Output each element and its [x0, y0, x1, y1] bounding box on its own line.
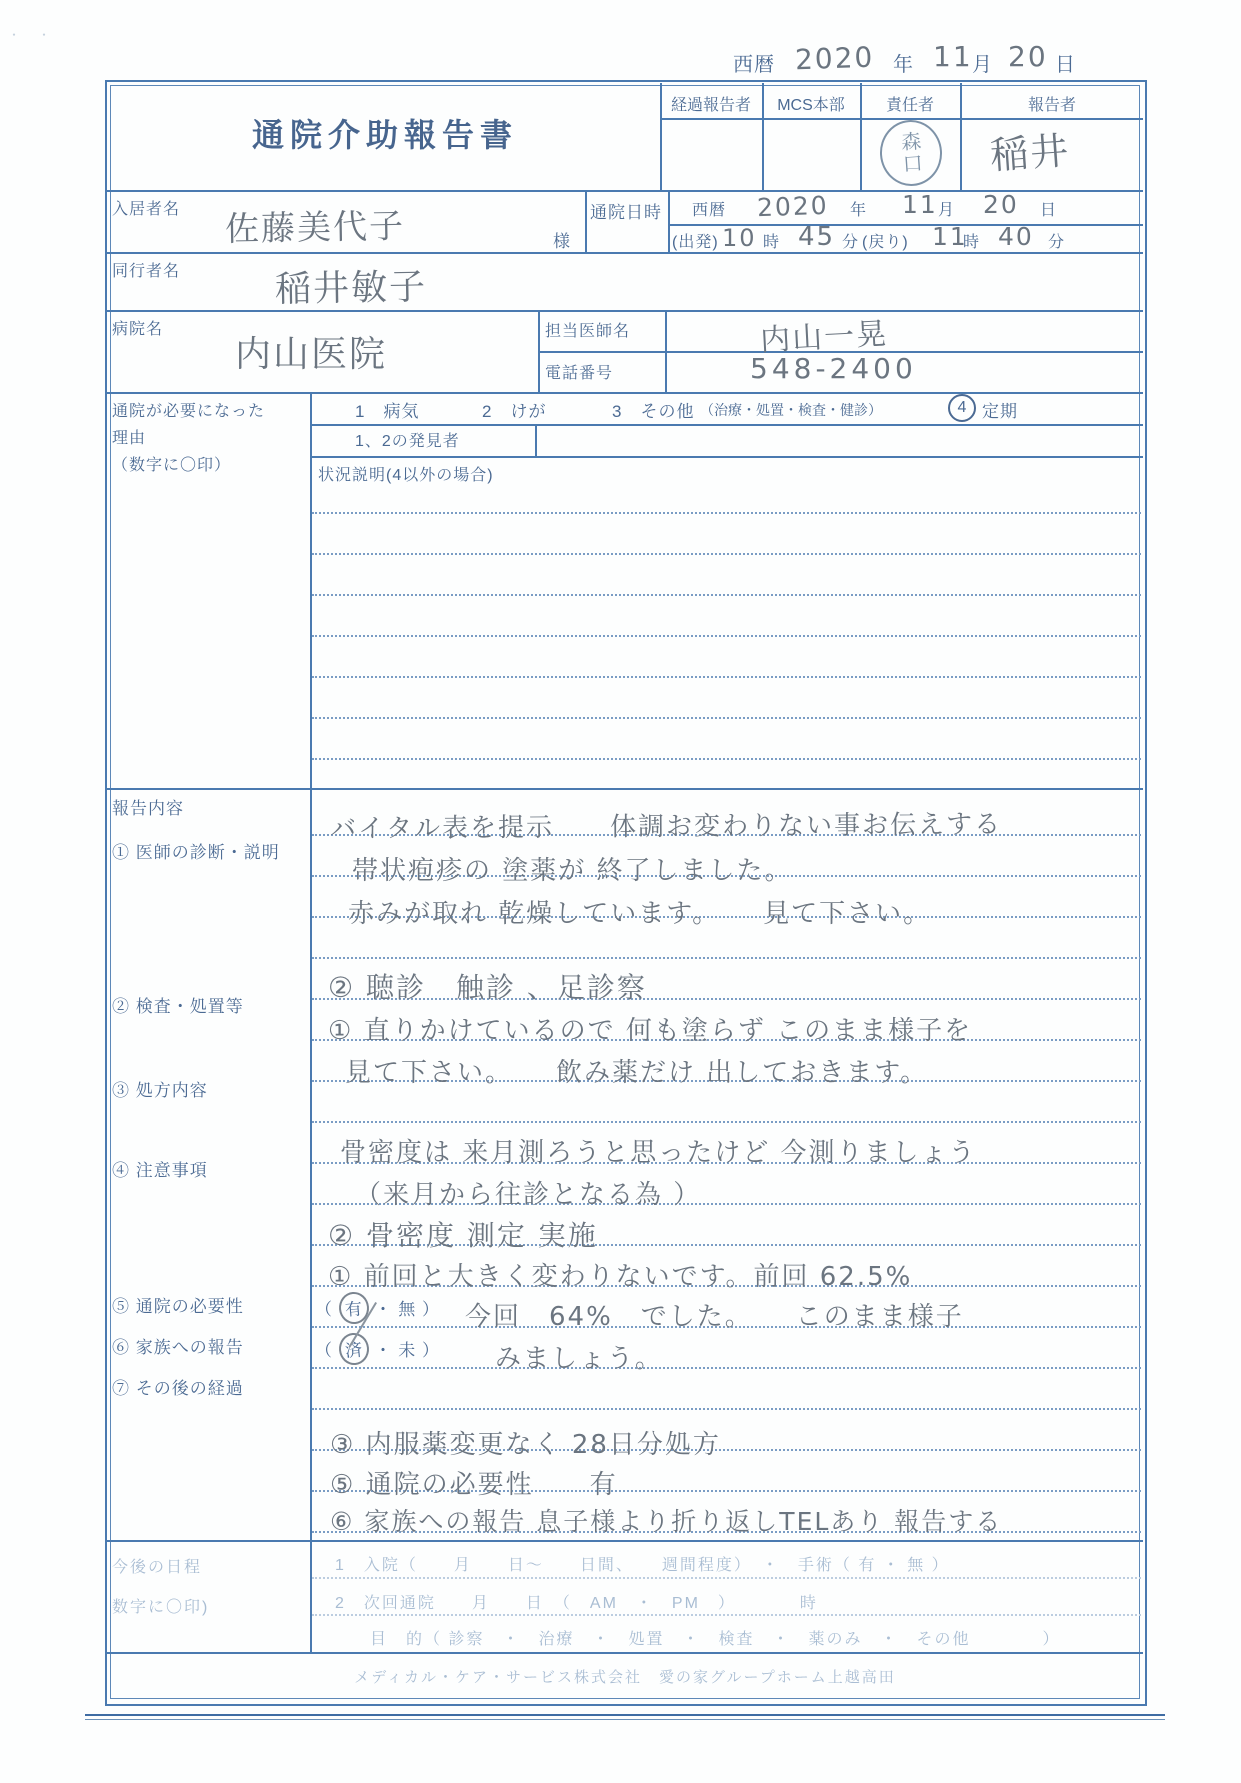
handwritten-line: （来月から往診となる為 ） — [355, 1174, 701, 1211]
schedule-label-line2: 数字に〇印) — [112, 1594, 209, 1617]
schedule-row-purpose: 目 的（ 診察 ・ 治療 ・ 処置 ・ 検査 ・ 薬のみ ・ その他 ） — [370, 1626, 1060, 1649]
page-edge-line — [85, 1714, 1165, 1716]
visit-year-value: 2020 — [757, 191, 830, 222]
dotted-rule — [312, 1614, 1141, 1616]
hospital-name-value: 内山医院 — [235, 326, 387, 377]
report-item-6: ⑥ 家族への報告 — [112, 1333, 244, 1358]
dotted-rule — [312, 676, 1141, 678]
date-era-label: 西暦 — [733, 48, 775, 77]
necessity-yes-no: （ 有 ・ 無 ） — [315, 1292, 440, 1324]
dotted-rule — [312, 1367, 1141, 1369]
handwritten-line: 赤みが取れ 乾燥しています。 見て下さい。 — [348, 893, 931, 930]
dotted-rule — [312, 758, 1141, 760]
visit-day-unit: 日 — [1040, 197, 1057, 220]
return-min-unit: 分 — [1048, 229, 1065, 252]
resident-name-label: 入居者名 — [112, 196, 180, 219]
divider — [107, 392, 1143, 394]
schedule-label-line1: 今後の日程 — [112, 1554, 202, 1577]
handwritten-line: ⑥ 家族への報告 息子様より折り返しTELあり 報告する — [330, 1502, 1002, 1538]
doctor-name-label: 担当医師名 — [545, 318, 630, 341]
date-year-unit: 年 — [893, 48, 914, 77]
reason-option-4-circled: 4 — [948, 394, 976, 422]
divider — [310, 424, 1143, 426]
family-report-done-pending: （ 済 ・ 未 ） — [315, 1333, 440, 1365]
resident-name-value: 佐藤美代子 — [225, 198, 406, 250]
handwritten-line: ③ 内服薬変更なく 28日分処方 — [330, 1424, 721, 1461]
reporter-signature: 稲井 — [988, 119, 1072, 179]
reason-label-line3: （数字に〇印） — [112, 452, 231, 475]
companion-name-value: 稲井敏子 — [275, 259, 428, 313]
date-year-value: 2020 — [794, 41, 874, 77]
handwritten-line: バイタル表を提示 体調お変わりない事お伝えする — [330, 804, 1002, 846]
phone-label: 電話番号 — [545, 360, 613, 383]
paren-close: ） — [422, 1300, 440, 1319]
form-title: 通院介助報告書 — [150, 110, 620, 156]
reason-option-3: 3 その他 — [612, 397, 694, 422]
dotted-rule — [312, 594, 1141, 596]
report-item-7: ⑦ その後の経過 — [112, 1374, 244, 1399]
dotted-rule — [312, 1577, 1141, 1579]
dotted-rule — [312, 717, 1141, 719]
handwritten-line: 今回 64% でした。 このまま様子 — [465, 1296, 964, 1333]
date-month-value: 11 — [933, 40, 973, 73]
situation-label: 状況説明(4以外の場合) — [318, 462, 494, 485]
finder-label: 1、2の発見者 — [355, 428, 460, 451]
return-hour-unit: 時 — [963, 229, 980, 252]
report-item-1: ① 医師の診断・説明 — [112, 838, 280, 863]
scanned-report-page: ・・ 西暦 2020 年 11 月 20 日 通院介助報告書 経過報告者 MCS… — [0, 0, 1241, 1783]
schedule-row-next-visit: 2 次回通院 月 日 （ AM ・ PM ） 時 — [335, 1590, 818, 1613]
divider — [585, 190, 587, 252]
dotted-rule — [312, 553, 1141, 555]
report-section-label: 報告内容 — [112, 794, 184, 819]
scan-artifact: ・・ — [8, 26, 68, 43]
divider — [538, 310, 540, 392]
report-item-4: ④ 注意事項 — [112, 1156, 208, 1181]
depart-min-unit: 分 — [842, 229, 859, 252]
report-item-5: ⑤ 通院の必要性 — [112, 1292, 244, 1317]
reason-option-1: 1 病気 — [355, 397, 419, 422]
handwritten-line: 見て下さい。 飲み薬だけ 出しておきます。 — [345, 1052, 928, 1089]
depart-min-value: 45 — [798, 222, 835, 252]
divider — [107, 788, 1143, 790]
hospital-name-label: 病院名 — [112, 316, 163, 339]
divider — [107, 1652, 1143, 1654]
reason-option-2: 2 けが — [482, 397, 546, 422]
page-edge-line — [85, 1719, 1165, 1720]
visit-datetime-label: 通院日時 — [590, 198, 662, 223]
handwritten-line: ② 聴診 触診 、足診察 — [328, 966, 647, 1006]
visit-era-label: 西暦 — [692, 197, 726, 220]
dotted-rule — [312, 1121, 1141, 1123]
phone-value: 548-2400 — [750, 352, 917, 385]
reason-label-line2: 理由 — [112, 425, 146, 448]
reason-label-line1: 通院が必要になった — [112, 398, 265, 421]
separator-dot: ・ — [374, 1300, 392, 1319]
date-day-value: 20 — [1008, 40, 1048, 73]
reason-option-4-label: 定期 — [982, 397, 1018, 422]
sign-col-progress-reporter: 経過報告者 — [662, 92, 760, 115]
paren-open: （ — [315, 1341, 333, 1360]
option-no: 無 — [398, 1300, 416, 1319]
footer-company-name: メディカル・ケア・サービス株式会社 愛の家グループホーム上越高田 — [107, 1666, 1143, 1687]
return-min-value: 40 — [998, 222, 1034, 251]
visit-year-unit: 年 — [850, 197, 867, 220]
paren-close: ） — [422, 1341, 440, 1360]
dotted-rule — [312, 957, 1141, 959]
visit-day-value: 20 — [983, 190, 1019, 219]
companion-name-label: 同行者名 — [112, 258, 180, 281]
date-month-unit: 月 — [972, 48, 993, 77]
dotted-rule — [312, 512, 1141, 514]
visit-month-value: 11 — [902, 190, 938, 219]
schedule-row-hospitalization: 1 入院（ 月 日～ 日間、 週間程度） ・ 手術（ 有 ・ 無 ） — [335, 1552, 950, 1575]
depart-hour-value: 10 — [722, 224, 757, 252]
divider — [107, 310, 1143, 312]
divider — [668, 190, 670, 252]
report-item-3: ③ 処方内容 — [112, 1076, 208, 1101]
handwritten-line: 骨密度は 来月測ろうと思ったけど 今測りましょう — [340, 1132, 977, 1169]
depart-hour-unit: 時 — [763, 229, 780, 252]
handwritten-line: ① 直りかけているので 何も塗らず このまま様子を — [328, 1010, 972, 1047]
dotted-rule — [312, 635, 1141, 637]
divider — [310, 456, 1143, 458]
report-item-2: ② 検査・処置等 — [112, 992, 244, 1017]
sign-col-reporter: 報告者 — [962, 92, 1142, 115]
handwritten-line: ⑤ 通院の必要性 有 — [330, 1464, 618, 1501]
date-day-unit: 日 — [1055, 48, 1076, 77]
separator-dot: ・ — [374, 1341, 392, 1360]
sign-col-manager: 責任者 — [862, 92, 958, 115]
return-label: (戻り) — [862, 229, 909, 252]
divider — [535, 424, 537, 456]
divider — [107, 1540, 1143, 1542]
visit-month-unit: 月 — [938, 197, 955, 220]
divider — [107, 252, 1143, 254]
divider — [310, 392, 312, 1652]
divider — [660, 118, 1143, 120]
option-pending: 未 — [398, 1341, 416, 1360]
handwritten-line: 帯状疱疹の 塗薬が 終了しました。 — [352, 850, 793, 887]
divider — [665, 310, 667, 392]
sign-col-mcs-hq: MCS本部 — [764, 92, 858, 115]
reason-option-3-note: （治療・処置・検査・健診） — [700, 400, 882, 420]
dotted-rule — [312, 1408, 1141, 1410]
resident-honorific: 様 — [553, 227, 571, 252]
handwritten-line: みましょう。 — [495, 1338, 663, 1375]
depart-label: (出発) — [672, 229, 719, 252]
handwritten-line: ① 前回と大きく変わりないです。前回 62.5% — [328, 1256, 912, 1293]
paren-open: （ — [315, 1300, 333, 1319]
handwritten-line: ② 骨密度 測定 実施 — [328, 1214, 598, 1254]
